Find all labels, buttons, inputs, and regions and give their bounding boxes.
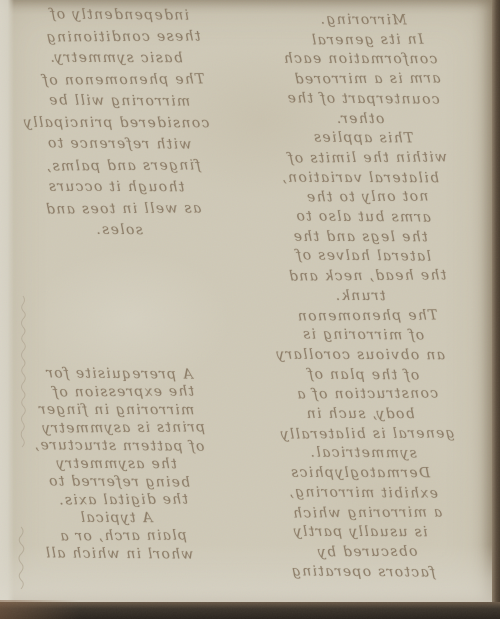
handwritten-line: basic symmetry. bbox=[0, 48, 235, 70]
handwritten-line: fingers and palms, bbox=[4, 155, 242, 178]
handwritten-line: exhibit mirroring, bbox=[244, 483, 482, 505]
handwritten-line: plain arch, or a bbox=[4, 526, 242, 546]
handwriting-column-continuation-lower: A prerequisite forthe expression ofmirro… bbox=[2, 365, 240, 563]
handwritten-line: Dermatoglyphics bbox=[241, 464, 479, 485]
paper-sheet: Mirroring.In its generalconformation eac… bbox=[0, 0, 492, 602]
handwritten-line: In its general bbox=[248, 30, 486, 51]
handwriting-column-primary: Mirroring.In its generalconformation eac… bbox=[246, 11, 484, 582]
handwritten-line: the head, neck and bbox=[248, 266, 486, 287]
handwritten-line: symmetrical. bbox=[244, 443, 482, 465]
handwritten-line: bilateral variation, bbox=[241, 168, 479, 189]
handwritten-line: not only to the bbox=[248, 187, 486, 208]
handwritten-line: these conditioning bbox=[4, 26, 242, 49]
margin-inscription-lower bbox=[12, 524, 30, 594]
handwritten-line: The phenomenon bbox=[248, 306, 486, 327]
handwritten-line: The phenomenon of bbox=[4, 69, 242, 92]
handwritten-line: independently of bbox=[0, 4, 238, 28]
handwritten-line: body, such in bbox=[241, 405, 479, 426]
handwritten-line: A prerequisite for bbox=[0, 364, 238, 384]
handwritten-line: the expression of bbox=[4, 382, 242, 402]
handwritten-line: with reference to bbox=[0, 133, 238, 157]
mirrored-text-layer: Mirroring.In its generalconformation eac… bbox=[0, 0, 492, 602]
handwritten-line: prints is asymmetry bbox=[4, 418, 242, 438]
handwritten-line: This applies bbox=[244, 128, 482, 150]
handwritten-line: soles. bbox=[0, 219, 238, 243]
handwritten-line: the asymmetry bbox=[0, 455, 235, 474]
handwritten-line: general is bilaterally bbox=[248, 424, 486, 445]
frame-edge-right bbox=[492, 0, 500, 619]
handwritten-line: construction of a bbox=[248, 385, 486, 406]
handwritten-line: an obvious corollary bbox=[241, 346, 479, 367]
handwritten-line: being referred to bbox=[0, 472, 238, 492]
handwritten-line: obscured by bbox=[248, 542, 486, 563]
handwritten-line: as well in toes and bbox=[4, 198, 242, 221]
handwritten-line: mirroring in finger bbox=[0, 401, 235, 420]
handwritten-line: factors operating bbox=[244, 562, 482, 584]
handwritten-line: is usually partly bbox=[241, 523, 479, 544]
handwritten-line: conformation each bbox=[241, 50, 479, 71]
handwritten-line: whorl in which all bbox=[0, 544, 238, 564]
handwritten-line: other. bbox=[241, 109, 479, 130]
handwritten-line: arms but also to bbox=[244, 207, 482, 229]
handwritten-line: of mirroring is bbox=[244, 325, 482, 347]
handwritten-line: of pattern structure, bbox=[0, 436, 238, 456]
photographed-document: Mirroring.In its generalconformation eac… bbox=[0, 0, 500, 619]
handwritten-line: A typical bbox=[0, 509, 235, 528]
handwritten-line: though it occurs bbox=[0, 177, 235, 199]
handwritten-line: the digital axis. bbox=[4, 490, 242, 510]
handwritten-line: counterpart of the bbox=[244, 89, 482, 111]
handwriting-column-continuation-upper: independently ofthese conditioningbasic … bbox=[2, 5, 240, 242]
handwritten-line: considered principally bbox=[0, 112, 235, 134]
handwritten-line: a mirroring which bbox=[248, 503, 486, 524]
handwritten-line: within the limits of bbox=[248, 148, 486, 169]
frame-edge-bottom-highlight bbox=[0, 600, 80, 619]
handwritten-line: arm is a mirrored bbox=[248, 69, 486, 90]
handwritten-line: trunk. bbox=[241, 286, 479, 307]
handwritten-line: the legs and the bbox=[241, 227, 479, 248]
margin-inscription-upper bbox=[14, 292, 32, 462]
handwritten-line: mirroring will be bbox=[0, 90, 238, 114]
handwritten-line: of the plan of bbox=[244, 365, 482, 387]
handwritten-line: lateral halves of bbox=[244, 246, 482, 268]
handwritten-line: Mirroring. bbox=[244, 10, 482, 32]
